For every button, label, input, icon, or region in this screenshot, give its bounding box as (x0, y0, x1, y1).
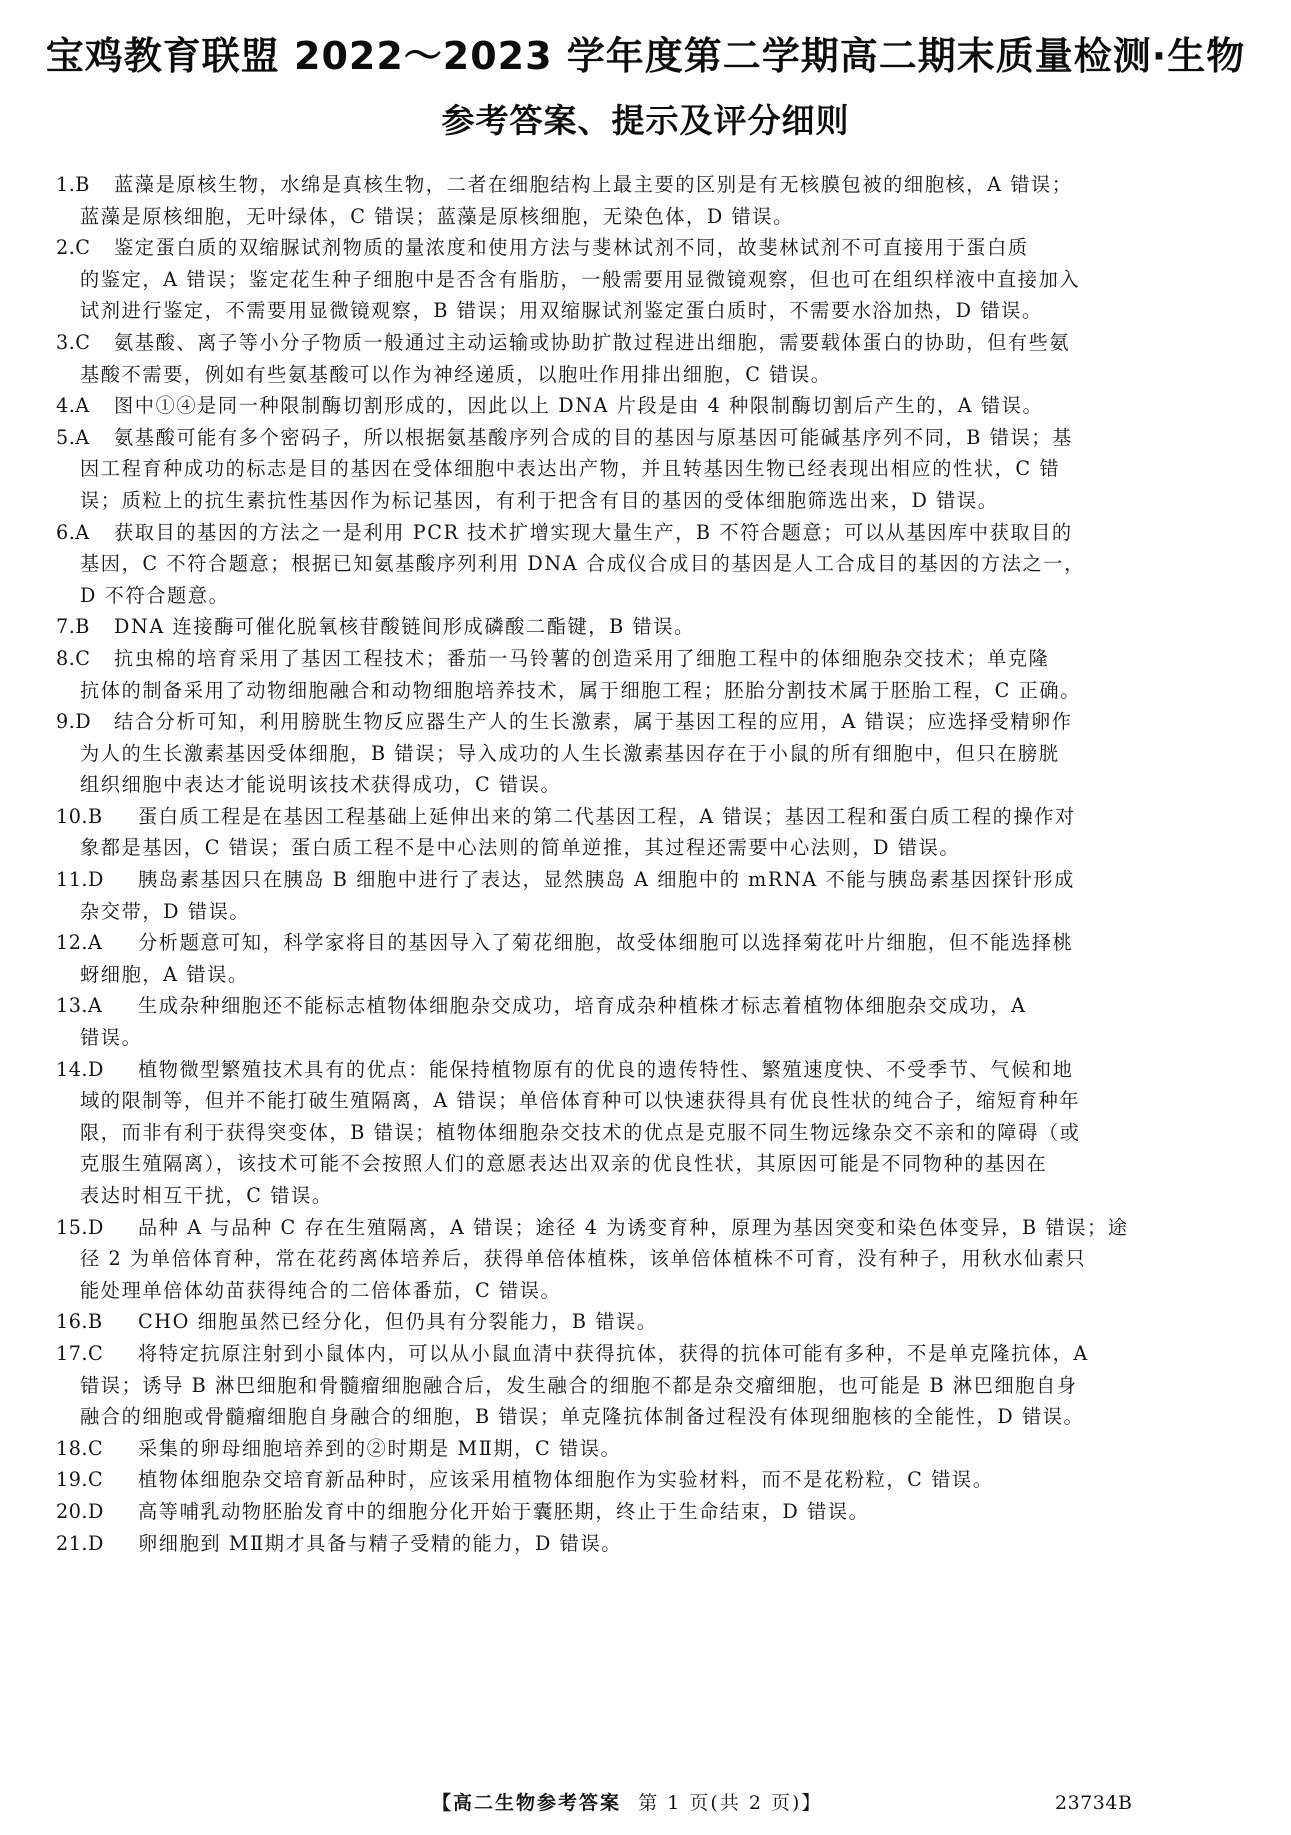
answer-text: 植物微型繁殖技术具有的优点：能保持植物原有的优良的遗传特性、繁殖速度快、不受季节… (138, 1058, 1073, 1081)
answer-item: 1.B蓝藻是原核生物，水绵是真核生物，二者在细胞结构上最主要的区别是有无核膜包被… (56, 169, 1240, 232)
answer-text: 生成杂种细胞还不能标志植物体细胞杂交成功，培育成杂种植株才标志着植物体细胞杂交成… (138, 994, 1027, 1017)
answer-text: 基因，C 不符合题意；根据已知氨基酸序列利用 DNA 合成仪合成目的基因是人工合… (80, 552, 1085, 575)
answer-continuation-line: 因工程育种成功的标志是目的基因在受体细胞中表达出产物，并且转基因生物已经表现出相… (80, 453, 1240, 485)
answer-text: 采集的卵母细胞培养到的②时期是 MⅡ期，C 错误。 (138, 1437, 621, 1460)
answer-number: 8.C (56, 643, 114, 675)
answer-continuation-line: 错误。 (80, 1022, 1240, 1054)
answer-text: 将特定抗原注射到小鼠体内，可以从小鼠血清中获得抗体，获得的抗体可能有多种，不是单… (138, 1342, 1089, 1365)
answer-number: 3.C (56, 327, 114, 359)
answer-number: 21.D (56, 1528, 138, 1560)
answer-first-line: 20.D高等哺乳动物胚胎发育中的细胞分化开始于囊胚期，终止于生命结束，D 错误。 (56, 1496, 1240, 1528)
answer-text: 因工程育种成功的标志是目的基因在受体细胞中表达出产物，并且转基因生物已经表现出相… (80, 457, 1060, 480)
answer-item: 5.A氨基酸可能有多个密码子，所以根据氨基酸序列合成的目的基因与原基因可能碱基序… (56, 422, 1240, 517)
answer-continuation-line: 域的限制等，但并不能打破生殖隔离，A 错误；单倍体育种可以快速获得具有优良性状的… (80, 1085, 1240, 1117)
answer-first-line: 21.D卵细胞到 MⅡ期才具备与精子受精的能力，D 错误。 (56, 1528, 1240, 1560)
answer-text: 抗体的制备采用了动物细胞融合和动物细胞培养技术，属于细胞工程；胚胎分割技术属于胚… (80, 679, 1081, 702)
answer-continuation-line: 象都是基因，C 错误；蛋白质工程不是中心法则的简单逆推，其过程还需要中心法则，D… (80, 832, 1240, 864)
document-title: 宝鸡教育联盟 2022～2023 学年度第二学期高二期末质量检测·生物 (0, 28, 1291, 84)
answer-item: 10.B蛋白质工程是在基因工程基础上延伸出来的第二代基因工程，A 错误；基因工程… (56, 801, 1240, 864)
answer-continuation-line: 限，而非有利于获得突变体，B 错误；植物体细胞杂交技术的优点是克服不同生物远缘杂… (80, 1117, 1240, 1149)
answer-text: 表达时相互干扰，C 错误。 (80, 1184, 333, 1207)
answer-item: 14.D植物微型繁殖技术具有的优点：能保持植物原有的优良的遗传特性、繁殖速度快、… (56, 1054, 1240, 1212)
answer-continuation-line: D 不符合题意。 (80, 580, 1240, 612)
footer-doc-label: 【高二生物参考答案 (432, 1792, 621, 1814)
answer-continuation-line: 基酸不需要，例如有些氨基酸可以作为神经递质，以胞吐作用排出细胞，C 错误。 (80, 359, 1240, 391)
answer-number: 20.D (56, 1496, 138, 1528)
answer-first-line: 10.B蛋白质工程是在基因工程基础上延伸出来的第二代基因工程，A 错误；基因工程… (56, 801, 1240, 833)
footer-page-label: 【高二生物参考答案 第 1 页(共 2 页)】 (432, 1788, 822, 1818)
answer-continuation-line: 杂交带，D 错误。 (80, 896, 1240, 928)
answer-number: 1.B (56, 169, 114, 201)
answer-text: 分析题意可知，科学家将目的基因导入了菊花细胞，故受体细胞可以选择菊花叶片细胞，但… (138, 931, 1073, 954)
answer-first-line: 3.C氨基酸、离子等小分子物质一般通过主动运输或协助扩散过程进出细胞，需要载体蛋… (56, 327, 1240, 359)
answer-number: 6.A (56, 517, 114, 549)
answer-text: 径 2 为单倍体育种，常在花药离体培养后，获得单倍体植株，该单倍体植株不可育，没… (80, 1247, 1086, 1270)
answer-continuation-line: 蓝藻是原核细胞，无叶绿体，C 错误；蓝藻是原核细胞，无染色体，D 错误。 (80, 201, 1240, 233)
answer-text: D 不符合题意。 (80, 584, 229, 607)
answer-item: 9.D结合分析可知，利用膀胱生物反应器生产人的生长激素，属于基因工程的应用，A … (56, 706, 1240, 801)
answer-first-line: 7.BDNA 连接酶可催化脱氧核苷酸链间形成磷酸二酯键，B 错误。 (56, 611, 1240, 643)
answer-text: 植物体细胞杂交培育新品种时，应该采用植物体细胞作为实验材料，而不是花粉粒，C 错… (138, 1468, 993, 1491)
answer-item: 4.A图中①④是同一种限制酶切割形成的，因此以上 DNA 片段是由 4 种限制酶… (56, 390, 1240, 422)
answer-text: 组织细胞中表达才能说明该技术获得成功，C 错误。 (80, 773, 561, 796)
answer-text: 为人的生长激素基因受体细胞，B 错误；导入成功的人生长激素基因存在于小鼠的所有细… (80, 742, 1060, 765)
answer-first-line: 12.A分析题意可知，科学家将目的基因导入了菊花细胞，故受体细胞可以选择菊花叶片… (56, 927, 1240, 959)
answer-continuation-line: 融合的细胞或骨髓瘤细胞自身融合的细胞，B 错误；单克隆抗体制备过程没有体现细胞核… (80, 1401, 1240, 1433)
answer-continuation-line: 错误；诱导 B 淋巴细胞和骨髓瘤细胞融合后，发生融合的细胞不都是杂交瘤细胞，也可… (80, 1370, 1240, 1402)
answer-first-line: 14.D植物微型繁殖技术具有的优点：能保持植物原有的优良的遗传特性、繁殖速度快、… (56, 1054, 1240, 1086)
answer-item: 20.D高等哺乳动物胚胎发育中的细胞分化开始于囊胚期，终止于生命结束，D 错误。 (56, 1496, 1240, 1528)
answer-list: 1.B蓝藻是原核生物，水绵是真核生物，二者在细胞结构上最主要的区别是有无核膜包被… (56, 169, 1240, 1559)
answer-text: DNA 连接酶可催化脱氧核苷酸链间形成磷酸二酯键，B 错误。 (114, 615, 695, 638)
answer-number: 9.D (56, 706, 114, 738)
answer-text: 品种 A 与品种 C 存在生殖隔离，A 错误；途径 4 为诱变育种，原理为基因突… (138, 1216, 1129, 1239)
answer-first-line: 13.A生成杂种细胞还不能标志植物体细胞杂交成功，培育成杂种植株才标志着植物体细… (56, 990, 1240, 1022)
answer-continuation-line: 组织细胞中表达才能说明该技术获得成功，C 错误。 (80, 769, 1240, 801)
answer-first-line: 2.C鉴定蛋白质的双缩脲试剂物质的量浓度和使用方法与斐林试剂不同，故斐林试剂不可… (56, 232, 1240, 264)
answer-first-line: 15.D品种 A 与品种 C 存在生殖隔离，A 错误；途径 4 为诱变育种，原理… (56, 1212, 1240, 1244)
answer-item: 6.A获取目的基因的方法之一是利用 PCR 技术扩增实现大量生产，B 不符合题意… (56, 517, 1240, 612)
answer-first-line: 4.A图中①④是同一种限制酶切割形成的，因此以上 DNA 片段是由 4 种限制酶… (56, 390, 1240, 422)
answer-first-line: 9.D结合分析可知，利用膀胱生物反应器生产人的生长激素，属于基因工程的应用，A … (56, 706, 1240, 738)
answer-continuation-line: 能处理单倍体幼苗获得纯合的二倍体番茄，C 错误。 (80, 1275, 1240, 1307)
answer-text: 误；质粒上的抗生素抗性基因作为标记基因，有利于把含有目的基因的受体细胞筛选出来，… (80, 489, 999, 512)
answer-text: 象都是基因，C 错误；蛋白质工程不是中心法则的简单逆推，其过程还需要中心法则，D… (80, 836, 960, 859)
answer-item: 21.D卵细胞到 MⅡ期才具备与精子受精的能力，D 错误。 (56, 1528, 1240, 1560)
answer-first-line: 18.C采集的卵母细胞培养到的②时期是 MⅡ期，C 错误。 (56, 1433, 1240, 1465)
answer-continuation-line: 基因，C 不符合题意；根据已知氨基酸序列利用 DNA 合成仪合成目的基因是人工合… (80, 548, 1240, 580)
answer-number: 7.B (56, 611, 114, 643)
answer-number: 13.A (56, 990, 138, 1022)
answer-text: CHO 细胞虽然已经分化，但仍具有分裂能力，B 错误。 (138, 1310, 658, 1333)
answer-continuation-line: 抗体的制备采用了动物细胞融合和动物细胞培养技术，属于细胞工程；胚胎分割技术属于胚… (80, 675, 1240, 707)
answer-continuation-line: 误；质粒上的抗生素抗性基因作为标记基因，有利于把含有目的基因的受体细胞筛选出来，… (80, 485, 1240, 517)
answer-text: 氨基酸、离子等小分子物质一般通过主动运输或协助扩散过程进出细胞，需要载体蛋白的协… (114, 331, 1070, 354)
answer-first-line: 6.A获取目的基因的方法之一是利用 PCR 技术扩增实现大量生产，B 不符合题意… (56, 517, 1240, 549)
answer-text: 图中①④是同一种限制酶切割形成的，因此以上 DNA 片段是由 4 种限制酶切割后… (114, 394, 1043, 417)
footer-doc-code: 23734B (1055, 1788, 1132, 1818)
answer-text: 融合的细胞或骨髓瘤细胞自身融合的细胞，B 错误；单克隆抗体制备过程没有体现细胞核… (80, 1405, 1084, 1428)
answer-text: 错误；诱导 B 淋巴细胞和骨髓瘤细胞融合后，发生融合的细胞不都是杂交瘤细胞，也可… (80, 1374, 1078, 1397)
answer-text: 杂交带，D 错误。 (80, 900, 250, 923)
answer-number: 16.B (56, 1306, 138, 1338)
answer-item: 11.D胰岛素基因只在胰岛 B 细胞中进行了表达，显然胰岛 A 细胞中的 mRN… (56, 864, 1240, 927)
answer-text: 鉴定蛋白质的双缩脲试剂物质的量浓度和使用方法与斐林试剂不同，故斐林试剂不可直接用… (114, 236, 1029, 259)
answer-continuation-line: 试剂进行鉴定，不需要用显微镜观察，B 错误；用双缩脲试剂鉴定蛋白质时，不需要水浴… (80, 295, 1240, 327)
answer-item: 2.C鉴定蛋白质的双缩脲试剂物质的量浓度和使用方法与斐林试剂不同，故斐林试剂不可… (56, 232, 1240, 327)
answer-continuation-line: 径 2 为单倍体育种，常在花药离体培养后，获得单倍体植株，该单倍体植株不可育，没… (80, 1243, 1240, 1275)
answer-text: 获取目的基因的方法之一是利用 PCR 技术扩增实现大量生产，B 不符合题意；可以… (114, 521, 1073, 544)
answer-number: 4.A (56, 390, 114, 422)
answer-number: 2.C (56, 232, 114, 264)
answer-text: 卵细胞到 MⅡ期才具备与精子受精的能力，D 错误。 (138, 1532, 622, 1555)
answer-text: 错误。 (80, 1026, 142, 1049)
answer-number: 10.B (56, 801, 138, 833)
answer-text: 蓝藻是原核生物，水绵是真核生物，二者在细胞结构上最主要的区别是有无核膜包被的细胞… (114, 173, 1073, 196)
answer-continuation-line: 为人的生长激素基因受体细胞，B 错误；导入成功的人生长激素基因存在于小鼠的所有细… (80, 738, 1240, 770)
answer-number: 14.D (56, 1054, 138, 1086)
answer-text: 的鉴定，A 错误；鉴定花生种子细胞中是否含有脂肪，一般需要用显微镜观察，但也可在… (80, 268, 1080, 291)
answer-first-line: 5.A氨基酸可能有多个密码子，所以根据氨基酸序列合成的目的基因与原基因可能碱基序… (56, 422, 1240, 454)
answer-number: 12.A (56, 927, 138, 959)
answer-text: 高等哺乳动物胚胎发育中的细胞分化开始于囊胚期，终止于生命结束，D 错误。 (138, 1500, 869, 1523)
answer-number: 19.C (56, 1464, 138, 1496)
answer-first-line: 11.D胰岛素基因只在胰岛 B 细胞中进行了表达，显然胰岛 A 细胞中的 mRN… (56, 864, 1240, 896)
answer-continuation-line: 的鉴定，A 错误；鉴定花生种子细胞中是否含有脂肪，一般需要用显微镜观察，但也可在… (80, 264, 1240, 296)
answer-item: 13.A生成杂种细胞还不能标志植物体细胞杂交成功，培育成杂种植株才标志着植物体细… (56, 990, 1240, 1053)
answer-text: 蚜细胞，A 错误。 (80, 963, 249, 986)
answer-text: 克服生殖隔离），该技术可能不会按照人们的意愿表达出双亲的优良性状，其原因可能是不… (80, 1152, 1047, 1175)
answer-item: 17.C将特定抗原注射到小鼠体内，可以从小鼠血清中获得抗体，获得的抗体可能有多种… (56, 1338, 1240, 1433)
answer-text: 氨基酸可能有多个密码子，所以根据氨基酸序列合成的目的基因与原基因可能碱基序列不同… (114, 426, 1073, 449)
answer-number: 15.D (56, 1212, 138, 1244)
answer-number: 18.C (56, 1433, 138, 1465)
answer-number: 17.C (56, 1338, 138, 1370)
answer-item: 19.C植物体细胞杂交培育新品种时，应该采用植物体细胞作为实验材料，而不是花粉粒… (56, 1464, 1240, 1496)
answer-continuation-line: 克服生殖隔离），该技术可能不会按照人们的意愿表达出双亲的优良性状，其原因可能是不… (80, 1148, 1240, 1180)
answer-text: 基酸不需要，例如有些氨基酸可以作为神经递质，以胞吐作用排出细胞，C 错误。 (80, 363, 832, 386)
answer-text: 胰岛素基因只在胰岛 B 细胞中进行了表达，显然胰岛 A 细胞中的 mRNA 不能… (138, 868, 1075, 891)
answer-item: 18.C采集的卵母细胞培养到的②时期是 MⅡ期，C 错误。 (56, 1433, 1240, 1465)
answer-number: 5.A (56, 422, 114, 454)
answer-first-line: 1.B蓝藻是原核生物，水绵是真核生物，二者在细胞结构上最主要的区别是有无核膜包被… (56, 169, 1240, 201)
answer-item: 7.BDNA 连接酶可催化脱氧核苷酸链间形成磷酸二酯键，B 错误。 (56, 611, 1240, 643)
answer-item: 12.A分析题意可知，科学家将目的基因导入了菊花细胞，故受体细胞可以选择菊花叶片… (56, 927, 1240, 990)
answer-text: 域的限制等，但并不能打破生殖隔离，A 错误；单倍体育种可以快速获得具有优良性状的… (80, 1089, 1080, 1112)
answer-continuation-line: 表达时相互干扰，C 错误。 (80, 1180, 1240, 1212)
answer-text: 结合分析可知，利用膀胱生物反应器生产人的生长激素，属于基因工程的应用，A 错误；… (114, 710, 1073, 733)
answer-number: 11.D (56, 864, 138, 896)
footer-page-number: 第 1 页(共 2 页)】 (638, 1792, 822, 1814)
answer-text: 抗虫棉的培育采用了基因工程技术；番茄一马铃薯的创造采用了细胞工程中的体细胞杂交技… (114, 647, 1049, 670)
answer-text: 蓝藻是原核细胞，无叶绿体，C 错误；蓝藻是原核细胞，无染色体，D 错误。 (80, 205, 794, 228)
answer-item: 15.D品种 A 与品种 C 存在生殖隔离，A 错误；途径 4 为诱变育种，原理… (56, 1212, 1240, 1307)
answer-item: 16.BCHO 细胞虽然已经分化，但仍具有分裂能力，B 错误。 (56, 1306, 1240, 1338)
answer-first-line: 8.C抗虫棉的培育采用了基因工程技术；番茄一马铃薯的创造采用了细胞工程中的体细胞… (56, 643, 1240, 675)
answer-text: 试剂进行鉴定，不需要用显微镜观察，B 错误；用双缩脲试剂鉴定蛋白质时，不需要水浴… (80, 299, 1043, 322)
answer-text: 蛋白质工程是在基因工程基础上延伸出来的第二代基因工程，A 错误；基因工程和蛋白质… (138, 805, 1076, 828)
answer-first-line: 17.C将特定抗原注射到小鼠体内，可以从小鼠血清中获得抗体，获得的抗体可能有多种… (56, 1338, 1240, 1370)
answer-text: 能处理单倍体幼苗获得纯合的二倍体番茄，C 错误。 (80, 1279, 561, 1302)
answer-continuation-line: 蚜细胞，A 错误。 (80, 959, 1240, 991)
answer-first-line: 19.C植物体细胞杂交培育新品种时，应该采用植物体细胞作为实验材料，而不是花粉粒… (56, 1464, 1240, 1496)
answer-first-line: 16.BCHO 细胞虽然已经分化，但仍具有分裂能力，B 错误。 (56, 1306, 1240, 1338)
answer-item: 3.C氨基酸、离子等小分子物质一般通过主动运输或协助扩散过程进出细胞，需要载体蛋… (56, 327, 1240, 390)
document-subtitle: 参考答案、提示及评分细则 (0, 96, 1291, 146)
answer-item: 8.C抗虫棉的培育采用了基因工程技术；番茄一马铃薯的创造采用了细胞工程中的体细胞… (56, 643, 1240, 706)
answer-text: 限，而非有利于获得突变体，B 错误；植物体细胞杂交技术的优点是克服不同生物远缘杂… (80, 1121, 1080, 1144)
